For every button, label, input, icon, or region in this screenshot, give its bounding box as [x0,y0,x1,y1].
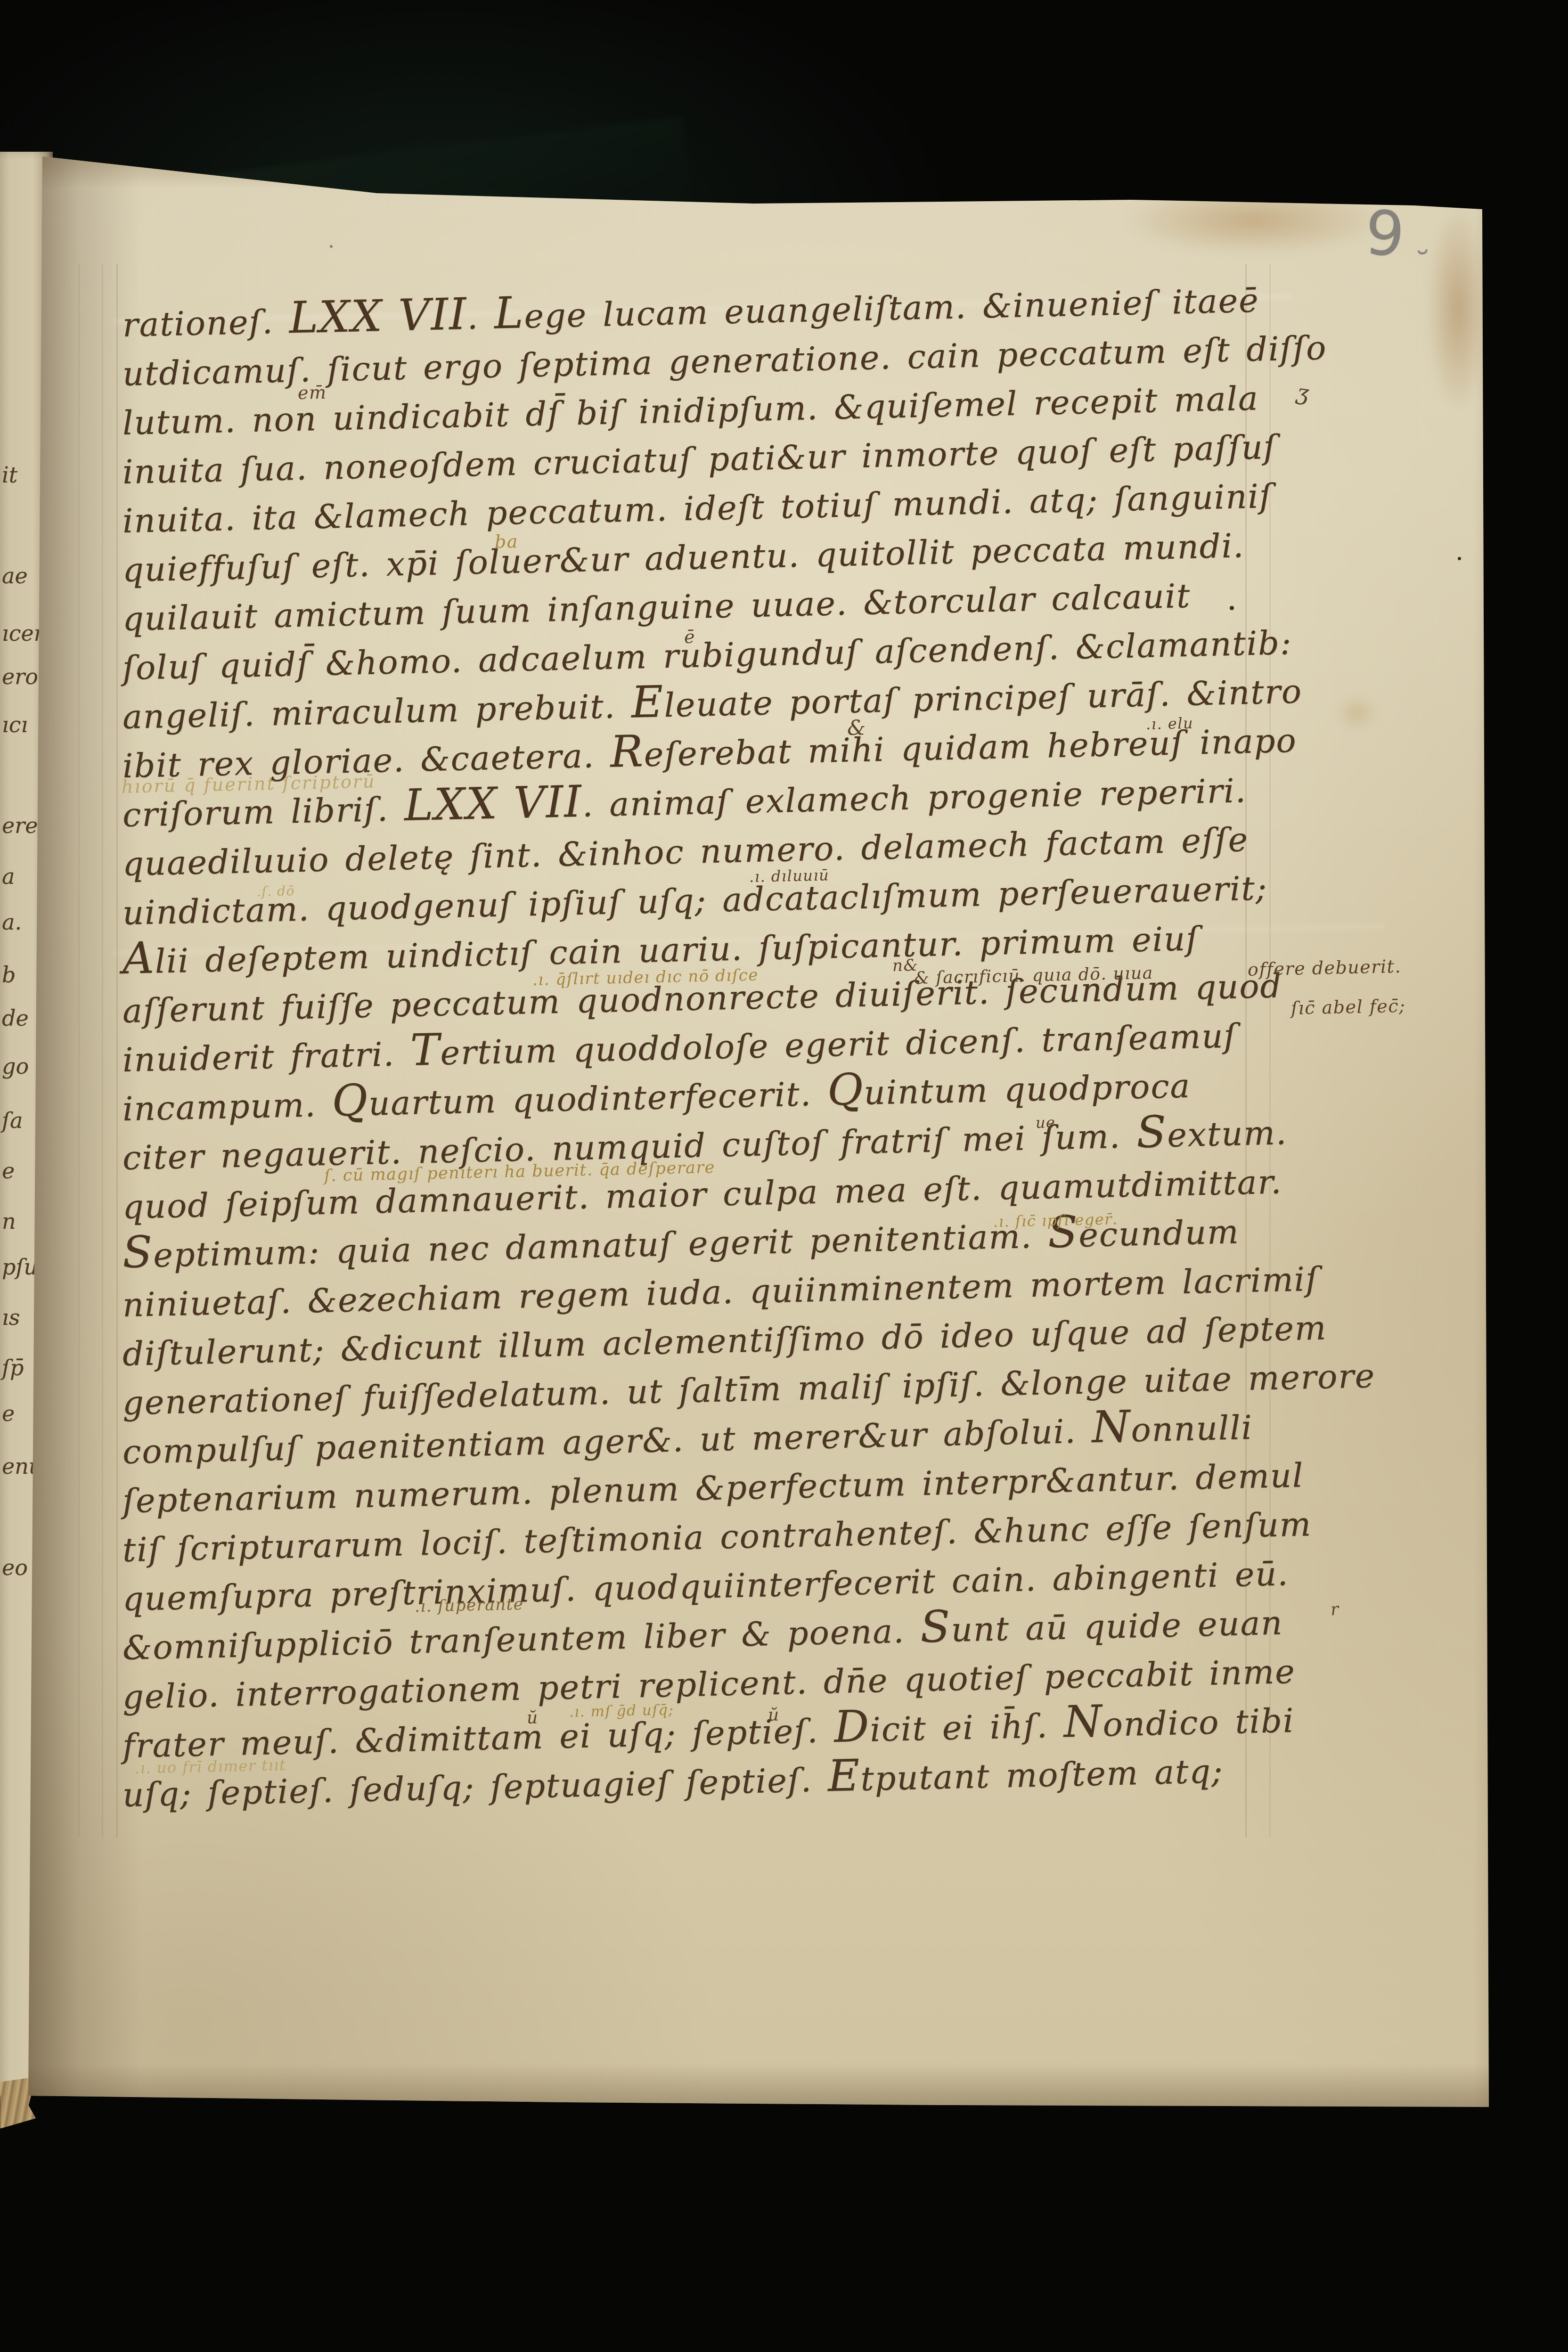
facing-line-fragment: ſp̄ [2,1354,24,1382]
facing-line-fragment: go [2,1052,29,1080]
stain [1121,185,1385,255]
facing-line-fragment: e [2,1157,15,1185]
margin-mark: r [1330,1600,1339,1619]
facing-line-fragment: ero [2,662,38,691]
interlinear-gloss: .ı. ſuperante [415,1595,524,1616]
facing-line-fragment: ere [2,811,38,840]
facing-line-fragment: a. [2,908,22,936]
interlinear-gloss: ē [684,626,696,647]
facing-line-fragment: ıs [2,1303,20,1331]
interlinear-gloss: ŭ [527,1708,539,1728]
manuscript-page: 9 ˘ ʒ r rationeſ. LXX VII. Lege lucam eu… [0,0,1568,2352]
margin-gloss: ſıc̄ abel fec̄; [1291,996,1406,1019]
ruling-line [102,264,103,1837]
interlinear-gloss: .ı. uo frī dımer tııt [135,1756,286,1777]
interlinear-gloss: .ſ. dō [257,883,295,899]
ruling-line [116,264,118,1837]
interlinear-gloss: & [847,716,866,740]
facing-line-fragment: e [2,1399,15,1428]
stain [1338,697,1376,728]
folio-number: 9 [1363,196,1407,270]
facing-line-fragment: ae [2,562,28,590]
facing-line-fragment: pſu [2,1253,38,1281]
stain [1428,207,1489,410]
interlinear-gloss: .ı. ſıc̄ ıpſı eger̄. [993,1210,1118,1231]
interlinear-gloss: .ı. dıluuıū [749,866,830,886]
facing-line-fragment: n [2,1207,16,1235]
facing-line-fragment: a [2,862,15,890]
ink-speck [1230,606,1234,610]
fore-edge-shadow [1474,203,1502,2111]
interlinear-gloss: ŭ [768,1705,780,1725]
quire-mark: ʒ [1295,379,1310,406]
folio-number-dash: ˘ [1413,244,1435,285]
interlinear-gloss: ba [495,531,519,552]
page-bottom-shadow [24,2064,1494,2108]
margin-gloss: offere debuerit. [1248,956,1402,980]
facing-line-fragment: ſa [2,1106,23,1135]
interlinear-gloss: .ı. mſ ḡd uſq̄; [569,1701,674,1721]
facing-line-fragment: it [2,461,17,489]
ink-speck [330,245,333,248]
ruling-line [78,264,80,1837]
manuscript-photo: it ae ıcem ero ıcı ere a a. b de go ſa e… [0,0,1568,2352]
facing-line-fragment: b [2,961,16,989]
facing-line-fragment: ıcı [2,710,28,739]
interlinear-gloss: .ı. elu [1146,714,1194,733]
interlinear-gloss: em̄ [298,382,327,403]
facing-line-fragment: de [2,1004,29,1032]
interlinear-gloss: ue [1036,1113,1056,1132]
facing-line-fragment: eo [2,1553,28,1582]
ink-speck [1458,557,1461,560]
